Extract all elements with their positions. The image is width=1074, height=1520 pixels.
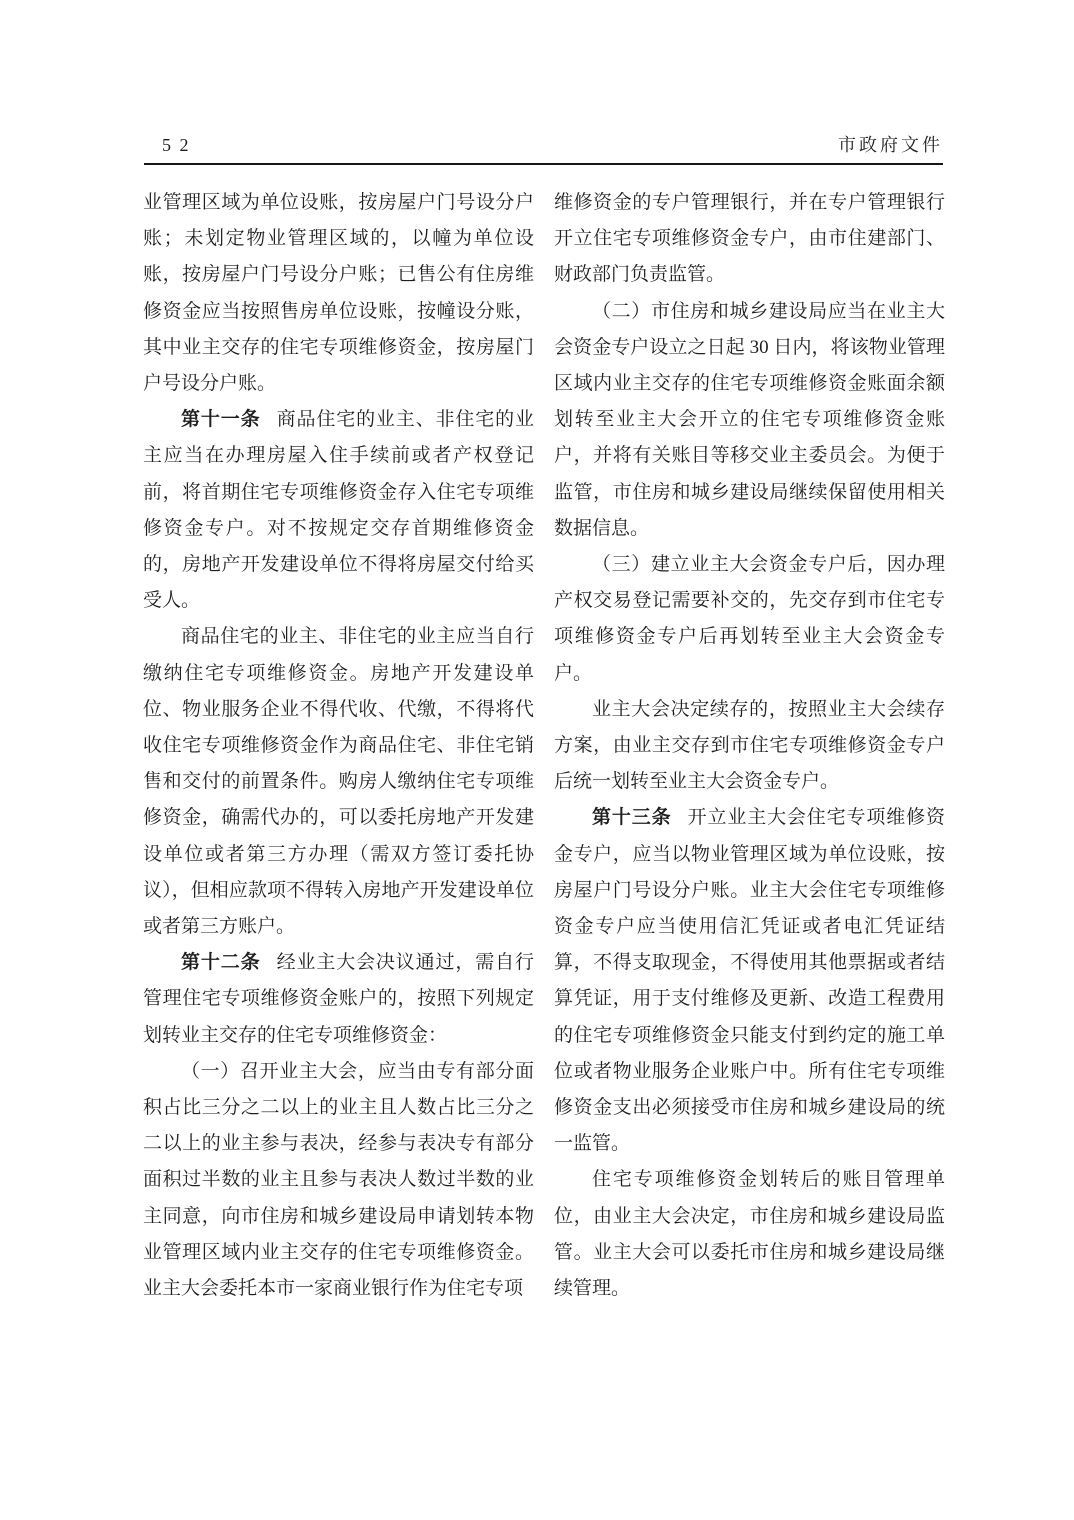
paragraph-text: 商品住宅的业主、非住宅的业主应当自行缴纳住宅专项维修资金。房地产开发建设单位、物… <box>143 626 534 937</box>
paragraph-text: 住宅专项维修资金划转后的账目管理单位，由业主大会决定，市住房和城乡建设局监管。业… <box>554 1169 945 1299</box>
paragraph: 商品住宅的业主、非住宅的业主应当自行缴纳住宅专项维修资金。房地产开发建设单位、物… <box>143 619 534 945</box>
paragraph-continuation: 维修资金的专户管理银行，并在专户管理银行开立住宅专项维修资金专户，由市住建部门、… <box>554 185 945 294</box>
page-number: 5 2 <box>144 132 191 158</box>
article-number-lead: 第十一条 <box>181 409 260 430</box>
paragraph-article-13: 第十三条开立业主大会住宅专项维修资金专户，应当以物业管理区域为单位设账，按房屋户… <box>554 800 945 1162</box>
document-page: 5 2 市政府文件 业管理区域为单位设账，按房屋户门号设分户账；未划定物业管理区… <box>0 0 1074 1520</box>
paragraph-text: 商品住宅的业主、非住宅的业主应当在办理房屋入住手续前或者产权登记前，将首期住宅专… <box>143 409 534 611</box>
paragraph-item-2: （二）市住房和城乡建设局应当在业主大会资金专户设立之日起 30 日内，将该物业管… <box>554 294 945 547</box>
left-column: 业管理区域为单位设账，按房屋户门号设分户账；未划定物业管理区域的，以幢为单位设账… <box>143 185 534 1307</box>
paragraph-article-12: 第十二条经业主大会决议通过，需自行管理住宅专项维修资金账户的，按照下列规定划转业… <box>143 945 534 1054</box>
body-columns: 业管理区域为单位设账，按房屋户门号设分户账；未划定物业管理区域的，以幢为单位设账… <box>143 185 945 1307</box>
paragraph-text: （一）召开业主大会，应当由专有部分面积占比三分之二以上的业主且人数占比三分之二以… <box>143 1061 534 1299</box>
paragraph-text: 业主大会决定续存的，按照业主大会续存方案，由业主交存到市住宅专项维修资金专户后统… <box>554 699 945 792</box>
paragraph-item-1: （一）召开业主大会，应当由专有部分面积占比三分之二以上的业主且人数占比三分之二以… <box>143 1054 534 1307</box>
header-divider <box>144 163 943 165</box>
paragraph: 住宅专项维修资金划转后的账目管理单位，由业主大会决定，市住房和城乡建设局监管。业… <box>554 1162 945 1307</box>
paragraph-continuation: 业管理区域为单位设账，按房屋户门号设分户账；未划定物业管理区域的，以幢为单位设账… <box>143 185 534 402</box>
paragraph-text: （二）市住房和城乡建设局应当在业主大会资金专户设立之日起 30 日内，将该物业管… <box>554 301 945 539</box>
paragraph-article-11: 第十一条商品住宅的业主、非住宅的业主应当在办理房屋入住手续前或者产权登记前，将首… <box>143 402 534 619</box>
paragraph-item-3: （三）建立业主大会资金专户后，因办理产权交易登记需要补交的，先交存到市住宅专项维… <box>554 547 945 692</box>
article-number-lead: 第十二条 <box>181 952 260 973</box>
page-header: 5 2 市政府文件 <box>144 132 943 158</box>
paragraph-text: 业管理区域为单位设账，按房屋户门号设分户账；未划定物业管理区域的，以幢为单位设账… <box>143 192 534 394</box>
article-number-lead: 第十三条 <box>592 807 671 828</box>
header-title: 市政府文件 <box>838 132 943 158</box>
paragraph: 业主大会决定续存的，按照业主大会续存方案，由业主交存到市住宅专项维修资金专户后统… <box>554 692 945 801</box>
paragraph-text: 维修资金的专户管理银行，并在专户管理银行开立住宅专项维修资金专户，由市住建部门、… <box>554 192 945 285</box>
right-column: 维修资金的专户管理银行，并在专户管理银行开立住宅专项维修资金专户，由市住建部门、… <box>554 185 945 1307</box>
paragraph-text: （三）建立业主大会资金专户后，因办理产权交易登记需要补交的，先交存到市住宅专项维… <box>554 554 945 684</box>
paragraph-text: 开立业主大会住宅专项维修资金专户，应当以物业管理区域为单位设账，按房屋户门号设分… <box>554 807 945 1154</box>
